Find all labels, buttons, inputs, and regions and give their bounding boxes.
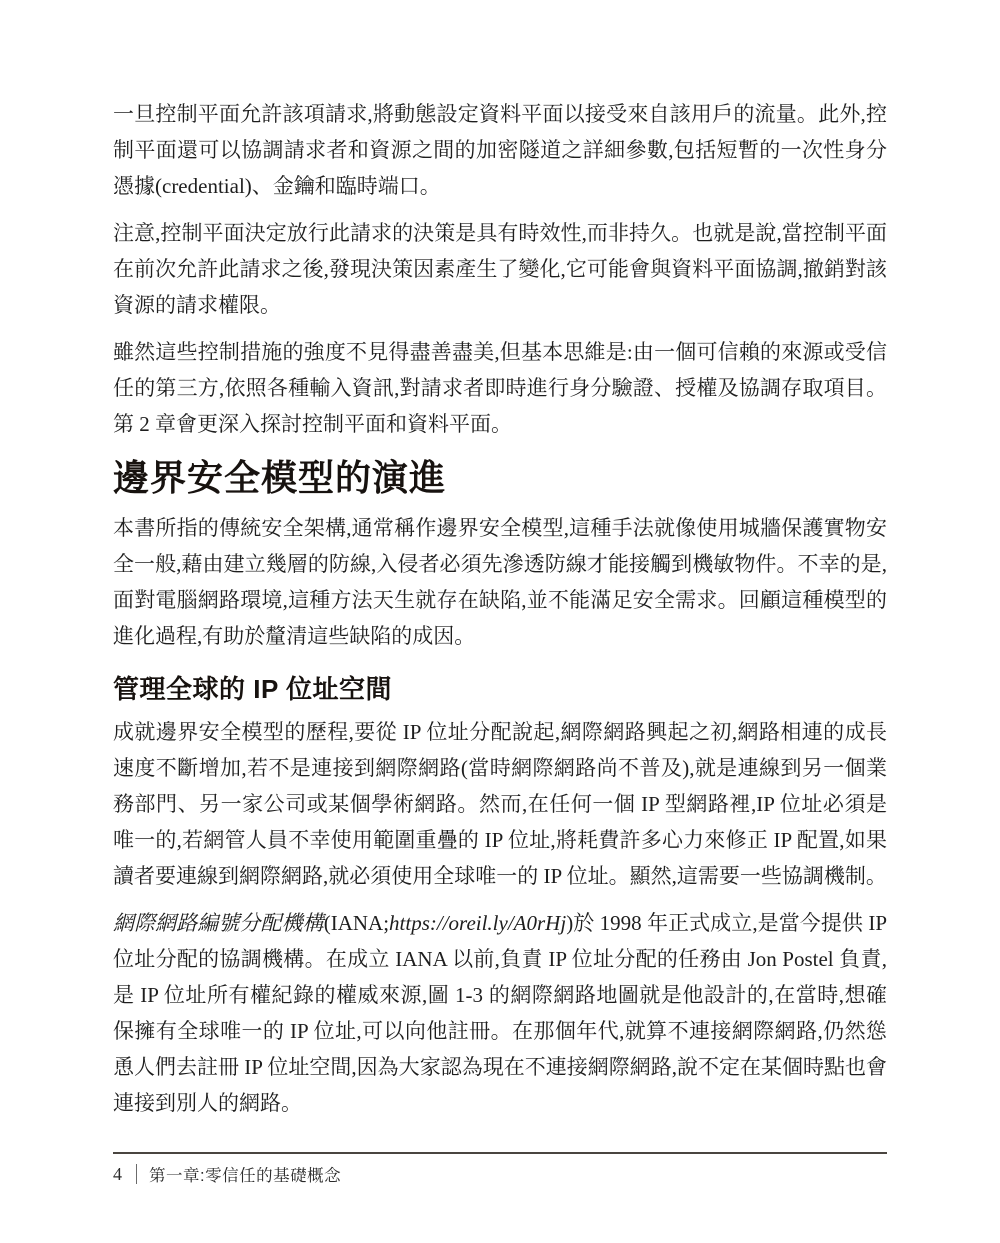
paragraph-decision-temporality: 注意,控制平面決定放行此請求的決策是具有時效性,而非持久。也就是說,當控制平面在… bbox=[113, 215, 887, 323]
iana-paren-open: (IANA; bbox=[324, 911, 389, 935]
iana-url-link[interactable]: https://oreil.ly/A0rHj bbox=[389, 911, 566, 935]
section-heading-perimeter-model-evolution: 邊界安全模型的演進 bbox=[113, 456, 887, 500]
footer-divider bbox=[136, 1164, 137, 1184]
footer-chapter-title: 第一章:零信任的基礎概念 bbox=[149, 1162, 341, 1186]
subsection-heading-global-ip-space: 管理全球的 IP 位址空間 bbox=[113, 672, 887, 706]
iana-paragraph-rest: )於 1998 年正式成立,是當今提供 IP 位址分配的協調機構。在成立 IAN… bbox=[113, 911, 887, 1115]
iana-org-name: 網際網路編號分配機構 bbox=[113, 911, 324, 935]
page-content: 一旦控制平面允許該項請求,將動態設定資料平面以接受來自該用戶的流量。此外,控制平… bbox=[113, 96, 887, 1132]
paragraph-iana: 網際網路編號分配機構(IANA;https://oreil.ly/A0rHj)於… bbox=[113, 905, 887, 1121]
page-footer: 4 第一章:零信任的基礎概念 bbox=[113, 1152, 887, 1186]
paragraph-trusted-third-party: 雖然這些控制措施的強度不見得盡善盡美,但基本思維是:由一個可信賴的來源或受信任的… bbox=[113, 334, 887, 442]
footer-page-number: 4 bbox=[113, 1164, 122, 1185]
paragraph-control-plane-dynamics: 一旦控制平面允許該項請求,將動態設定資料平面以接受來自該用戶的流量。此外,控制平… bbox=[113, 96, 887, 204]
paragraph-perimeter-model-intro: 本書所指的傳統安全架構,通常稱作邊界安全模型,這種手法就像使用城牆保護實物安全一… bbox=[113, 510, 887, 654]
book-page: 一旦控制平面允許該項請求,將動態設定資料平面以接受來自該用戶的流量。此外,控制平… bbox=[0, 0, 1000, 1243]
paragraph-ip-allocation-history: 成就邊界安全模型的歷程,要從 IP 位址分配說起,網際網路興起之初,網路相連的成… bbox=[113, 714, 887, 894]
